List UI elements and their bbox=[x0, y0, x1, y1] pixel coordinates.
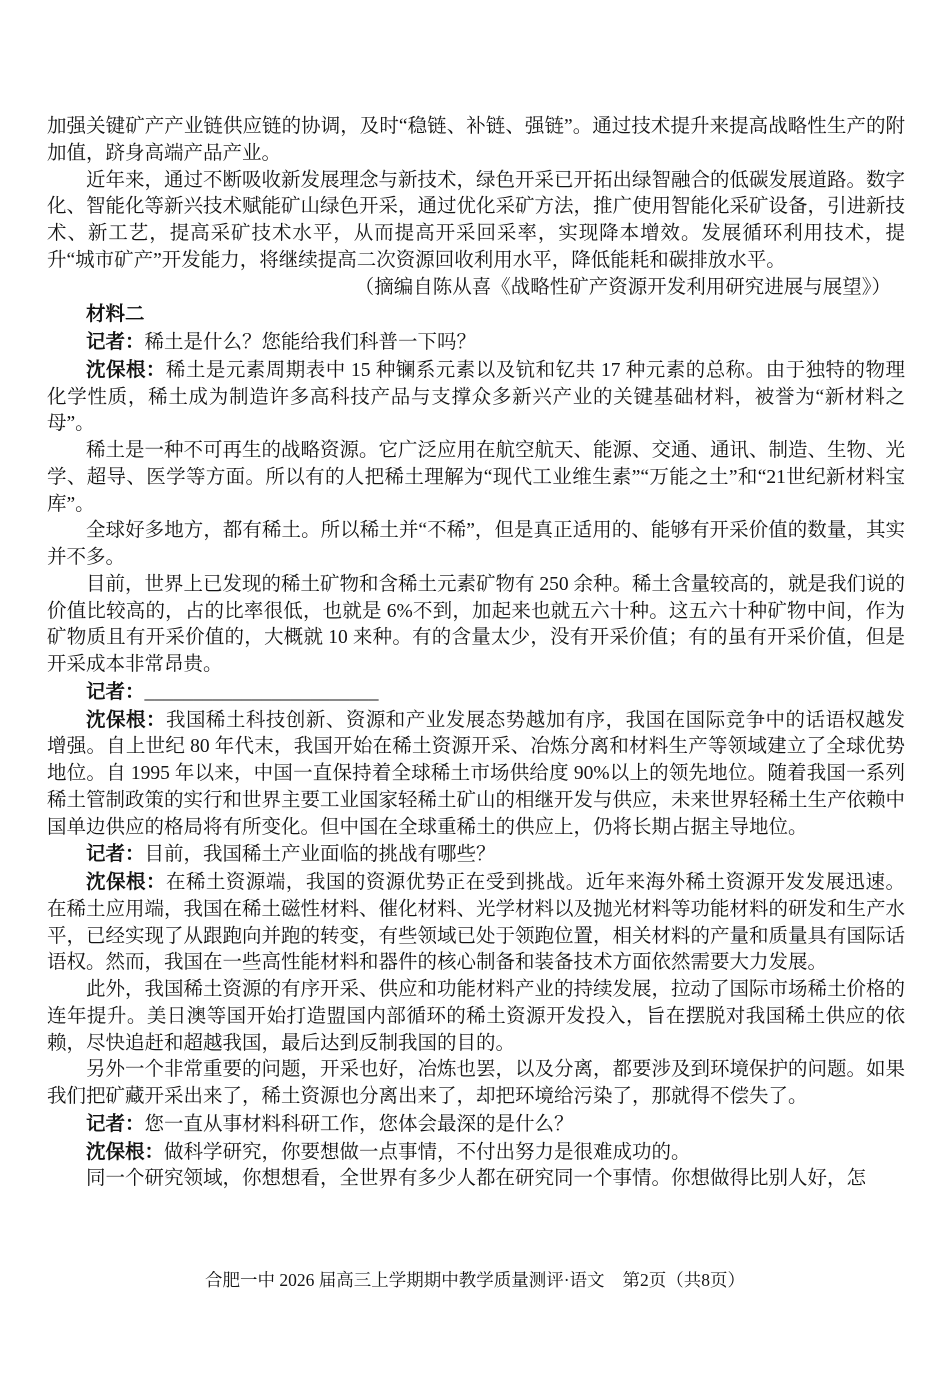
paragraph: 目前，世界上已发现的稀土矿物和含稀土元素矿物有 250 余种。稀土含量较高的，就… bbox=[47, 572, 905, 679]
speaker-label: 沈保根： bbox=[86, 359, 166, 381]
dialog-paragraph: 记者：目前，我国稀土产业面临的挑战有哪些？ bbox=[47, 841, 905, 869]
dialog-paragraph: 记者：________________________ bbox=[47, 679, 905, 707]
paragraph: 另外一个非常重要的问题，开采也好，冶炼也罢，以及分离，都要涉及到环境保护的问题。… bbox=[47, 1057, 905, 1111]
paragraph: 加强关键矿产产业链供应链的协调，及时“稳链、补链、强链”。通过技术提升来提高战略… bbox=[47, 114, 905, 168]
footer-exam-title: 合肥一中 2026 届高三上学期期中教学质量测评·语文 bbox=[205, 1270, 605, 1290]
page-footer: 合肥一中 2026 届高三上学期期中教学质量测评·语文第2页（共8页） bbox=[0, 1268, 950, 1292]
paragraph: 稀土是一种不可再生的战略资源。它广泛应用在航空航天、能源、交通、通讯、制造、生物… bbox=[47, 438, 905, 518]
speaker-label: 记者： bbox=[86, 331, 145, 353]
dialog-paragraph: 沈保根：做科学研究，你要想做一点事情，不付出努力是很难成功的。 bbox=[47, 1139, 905, 1167]
paragraph: 近年来，通过不断吸收新发展理念与新技术，绿色开采已开拓出绿智融合的低碳发展道路。… bbox=[47, 168, 905, 275]
dialog-paragraph: 记者：稀土是什么？您能给我们科普一下吗？ bbox=[47, 329, 905, 357]
speaker-label: 记者： bbox=[86, 1113, 145, 1135]
heading-label: 材料二 bbox=[86, 303, 145, 325]
dialog-paragraph: 沈保根：我国稀土科技创新、资源和产业发展态势越加有序，我国在国际竞争中的话语权越… bbox=[47, 707, 905, 842]
speaker-label: 记者： bbox=[86, 843, 145, 865]
speaker-label: 沈保根： bbox=[86, 1141, 164, 1163]
dialog-paragraph: 沈保根：稀土是元素周期表中 15 种镧系元素以及钪和钇共 17 种元素的总称。由… bbox=[47, 357, 905, 438]
document-body: 加强关键矿产产业链供应链的协调，及时“稳链、补链、强链”。通过技术提升来提高战略… bbox=[47, 114, 905, 1193]
speaker-label: 沈保根： bbox=[86, 871, 166, 893]
paragraph: 全球好多地方，都有稀土。所以稀土并“不稀”，但是真正适用的、能够有开采价值的数量… bbox=[47, 518, 905, 572]
page-number: 第2页（共8页） bbox=[623, 1270, 746, 1290]
paragraph: 同一个研究领域，你想想看，全世界有多少人都在研究同一个事情。你想做得比别人好，怎 bbox=[47, 1166, 905, 1193]
section-heading: 材料二 bbox=[47, 301, 905, 329]
dialog-paragraph: 记者：您一直从事材料科研工作，您体会最深的是什么？ bbox=[47, 1111, 905, 1139]
attribution-line: （摘编自陈从喜《战略性矿产资源开发利用研究进展与展望》） bbox=[47, 275, 905, 302]
dialog-paragraph: 沈保根：在稀土资源端，我国的资源优势正在受到挑战。近年来海外稀土资源开发发展迅速… bbox=[47, 869, 905, 977]
speaker-label: 沈保根： bbox=[86, 709, 166, 731]
exam-paper-page: 加强关键矿产产业链供应链的协调，及时“稳链、补链、强链”。通过技术提升来提高战略… bbox=[0, 0, 950, 1377]
paragraph: 此外，我国稀土资源的有序开采、供应和功能材料产业的持续发展，拉动了国际市场稀土价… bbox=[47, 977, 905, 1057]
speaker-label: 记者： bbox=[86, 681, 145, 703]
